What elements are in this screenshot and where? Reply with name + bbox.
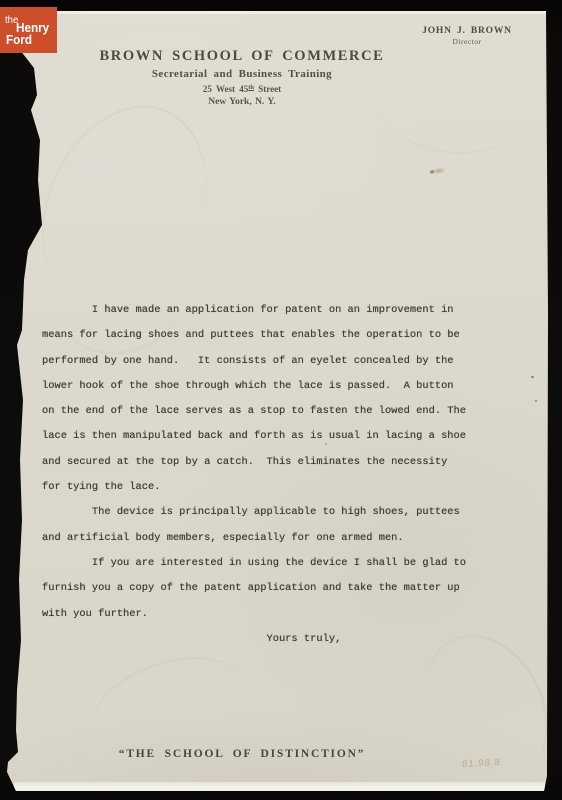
letter-line: If you are interested in using the devic… (42, 551, 466, 576)
address-street: 25 West 45th Street (0, 84, 484, 94)
closing-line: Yours truly, (42, 627, 466, 652)
letter-line: with you further. (42, 602, 466, 627)
school-slogan: “THE SCHOOL OF DISTINCTION” (0, 748, 484, 760)
letter-line: and secured at the top by a catch. This … (42, 450, 466, 475)
letter-line: I have made an application for patent on… (42, 298, 466, 323)
school-name: BROWN SCHOOL OF COMMERCE (0, 48, 484, 65)
paper-speck (531, 376, 534, 378)
director-block: JOHN J. BROWN Director (405, 26, 529, 46)
paper-speck (535, 400, 537, 402)
address-street-word: Street (254, 84, 281, 94)
letter-body: I have made an application for patent on… (42, 298, 466, 652)
paper-top-edge (20, 11, 546, 14)
director-title: Director (405, 37, 529, 46)
director-name: JOHN J. BROWN (405, 26, 529, 36)
address-street-number: 25 West 45 (203, 84, 248, 94)
paper-bottom-edge (14, 782, 545, 791)
logo-text-ford: Ford (6, 32, 32, 47)
letter-line: on the end of the lace serves as a stop … (42, 399, 466, 424)
letter-line: The device is principally applicable to … (42, 500, 466, 525)
letter-line: and artificial body members, especially … (42, 526, 466, 551)
school-tagline: Secretarial and Business Training (0, 68, 484, 80)
letter-line: lower hook of the shoe through which the… (42, 374, 466, 399)
letter-line: for tying the lace. (42, 475, 466, 500)
address-city: New York, N. Y. (0, 97, 484, 107)
letter-line: furnish you a copy of the patent applica… (42, 576, 466, 601)
letter-line: lace is then manipulated back and forth … (42, 424, 466, 449)
henry-ford-logo: the Henry Ford (0, 7, 57, 53)
scanned-letter-photo: BROWN SCHOOL OF COMMERCE Secretarial and… (0, 0, 562, 800)
stain-mark (427, 165, 448, 178)
letterhead: BROWN SCHOOL OF COMMERCE Secretarial and… (0, 48, 484, 107)
letter-line: performed by one hand. It consists of an… (42, 349, 466, 374)
accession-number: 81.98.8 (462, 757, 501, 770)
letter-line: means for lacing shoes and puttees that … (42, 323, 466, 348)
letter-paper-sheet: BROWN SCHOOL OF COMMERCE Secretarial and… (0, 11, 548, 791)
